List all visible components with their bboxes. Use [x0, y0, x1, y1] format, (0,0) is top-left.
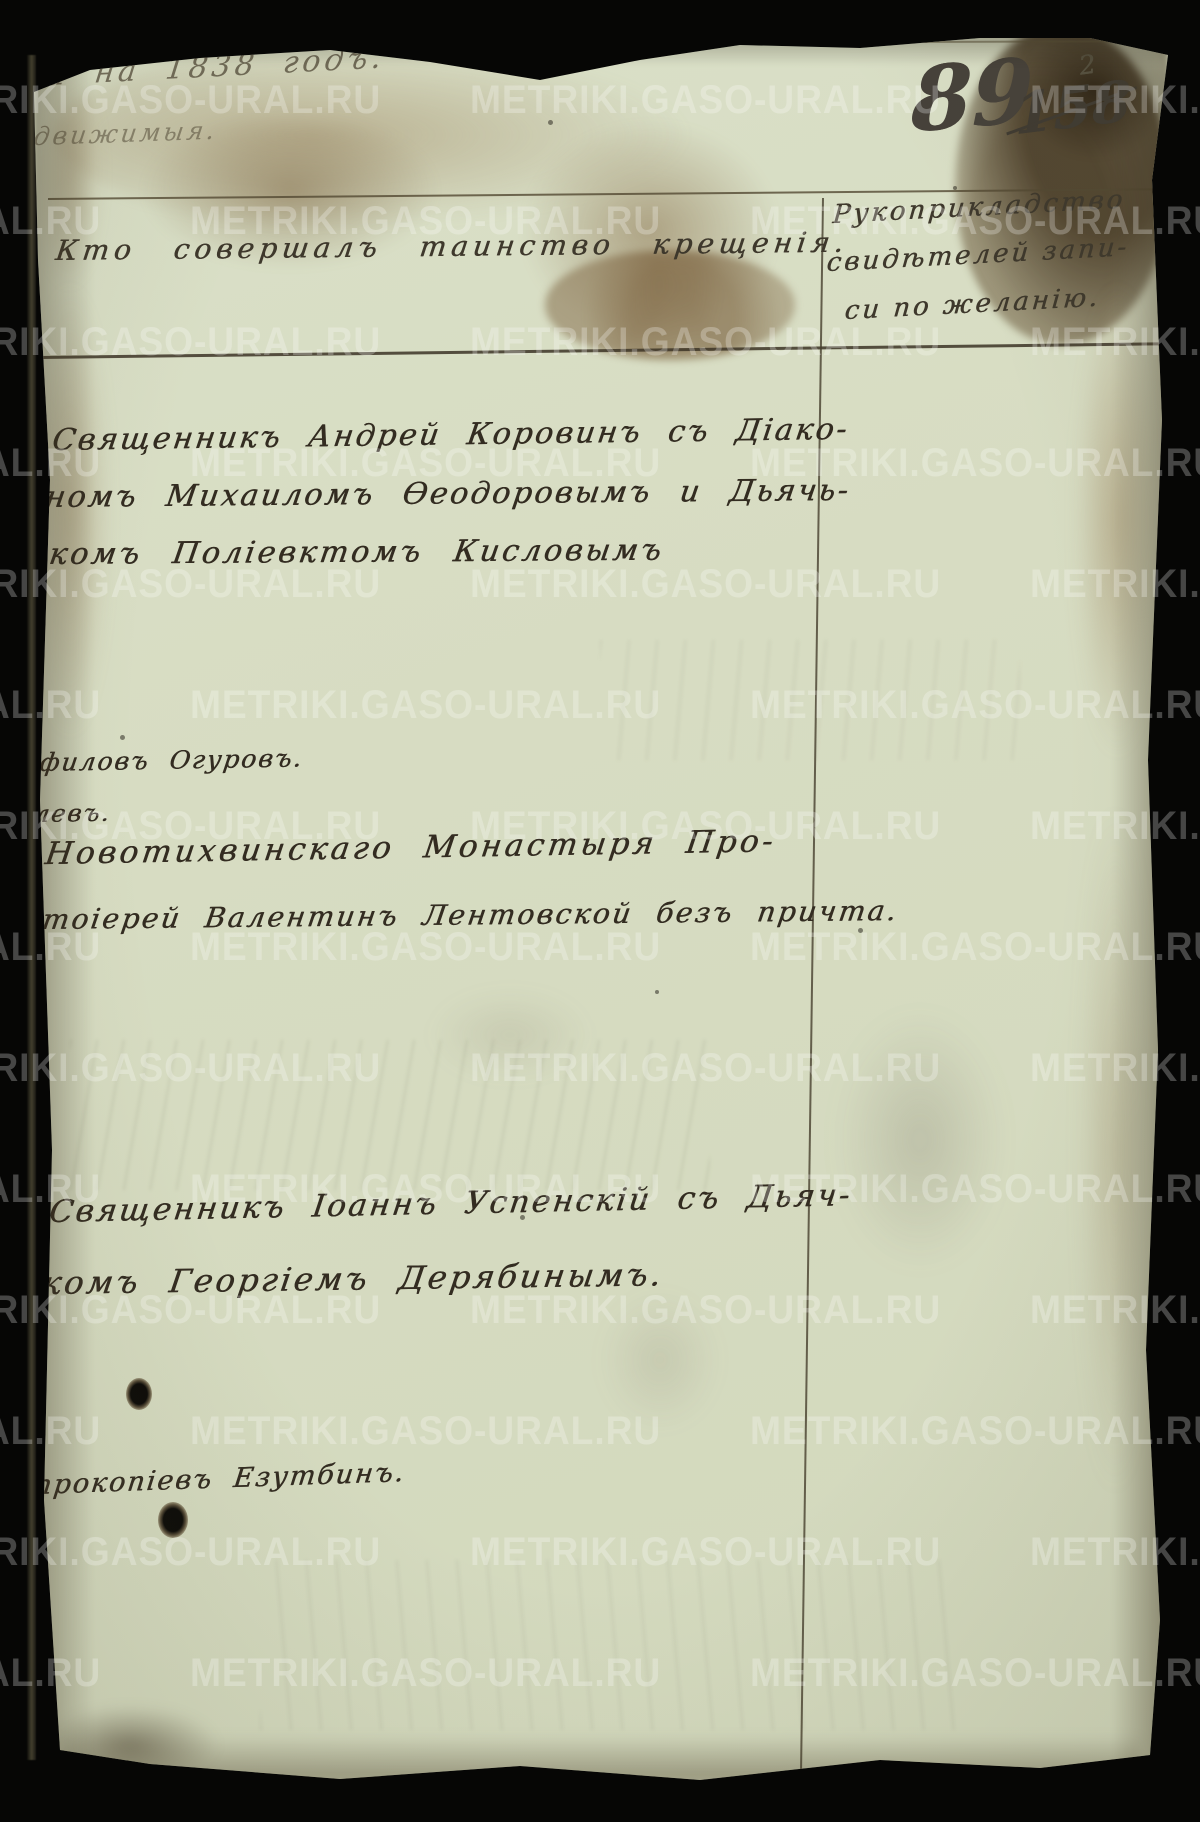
- book-spine-edge: [27, 55, 36, 1760]
- metrical-book-page: и на 1838 годъ. движимыя. 89 158 2 Кто с…: [0, 0, 1200, 1822]
- archival-scan-page: и на 1838 годъ. движимыя. 89 158 2 Кто с…: [0, 0, 1200, 1822]
- vignette: [0, 0, 1200, 1822]
